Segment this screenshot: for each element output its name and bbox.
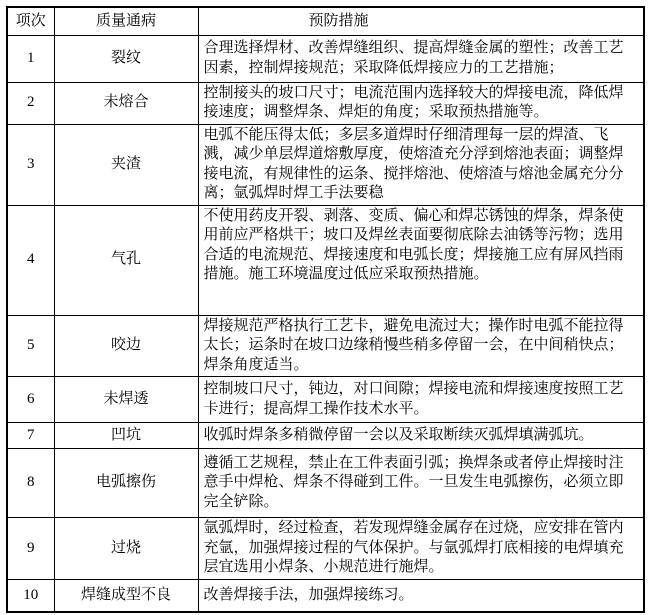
table-row: 1 裂纹 合理选择焊材、改善焊缝组织、提高焊缝金属的塑性；改善工艺因素，控制焊接… xyxy=(7,35,644,82)
item-no-cell: 3 xyxy=(7,124,54,205)
defect-cell: 电弧擦伤 xyxy=(54,449,198,518)
item-no-cell: 7 xyxy=(7,423,54,449)
item-no-cell: 8 xyxy=(7,449,54,518)
table-row: 5 咬边 焊接规范严格执行工艺卡，避免电流过大；操作时电弧不能拉得太长；运条时在… xyxy=(7,315,644,377)
measure-cell: 焊接规范严格执行工艺卡，避免电流过大；操作时电弧不能拉得太长；运条时在坡口边缘稍… xyxy=(198,315,644,377)
item-no-cell: 4 xyxy=(7,205,54,315)
measure-cell: 氩弧焊时，经过检查，若发现焊缝金属存在过烧，应安排在管内充氩，加强焊接过程的气体… xyxy=(198,518,644,580)
item-no-cell: 6 xyxy=(7,377,54,423)
defect-cell: 凹坑 xyxy=(54,423,198,449)
item-no-cell: 2 xyxy=(7,82,54,124)
table-row: 8 电弧擦伤 遵循工艺规程，禁止在工件表面引弧；换焊条或者停止焊接时注意手中焊枪… xyxy=(7,449,644,518)
measure-cell: 控制坡口尺寸，钝边，对口间隙；焊接电流和焊接速度按照工艺卡进行；提高焊工操作技术… xyxy=(198,377,644,423)
item-no-cell: 5 xyxy=(7,315,54,377)
measure-cell: 不使用药皮开裂、剥落、变质、偏心和焊芯锈蚀的焊条，焊条使用前应严格烘干；坡口及焊… xyxy=(198,205,644,315)
defect-cell: 未焊透 xyxy=(54,377,198,423)
defect-cell: 未熔合 xyxy=(54,82,198,124)
table-row: 9 过烧 氩弧焊时，经过检查，若发现焊缝金属存在过烧，应安排在管内充氩，加强焊接… xyxy=(7,518,644,580)
item-no-cell: 1 xyxy=(7,35,54,82)
measure-cell: 遵循工艺规程，禁止在工件表面引弧；换焊条或者停止焊接时注意手中焊枪、焊条不得碰到… xyxy=(198,449,644,518)
table-row: 7 凹坑 收弧时焊条多稍微停留一会以及采取断续灭弧焊填满弧坑。 xyxy=(7,423,644,449)
measure-cell: 改善焊接手法，加强焊接练习。 xyxy=(198,579,644,612)
table-row: 10 焊缝成型不良 改善焊接手法，加强焊接练习。 xyxy=(7,579,644,612)
column-header-item-no: 项次 xyxy=(7,7,54,35)
defect-prevention-table: 项次 质量通病 预防措施 1 裂纹 合理选择焊材、改善焊缝组织、提高焊缝金属的塑… xyxy=(6,6,645,613)
table-row: 6 未焊透 控制坡口尺寸，钝边，对口间隙；焊接电流和焊接速度按照工艺卡进行；提高… xyxy=(7,377,644,423)
table-row: 3 夹渣 电弧不能压得太低；多层多道焊时仔细清理每一层的焊渣、飞溅，减少单层焊道… xyxy=(7,124,644,205)
table-row: 4 气孔 不使用药皮开裂、剥落、变质、偏心和焊芯锈蚀的焊条，焊条使用前应严格烘干… xyxy=(7,205,644,315)
measure-cell: 电弧不能压得太低；多层多道焊时仔细清理每一层的焊渣、飞溅，减少单层焊道熔敷厚度，… xyxy=(198,124,644,205)
table-header-row: 项次 质量通病 预防措施 xyxy=(7,7,644,35)
column-header-measure: 预防措施 xyxy=(198,7,644,35)
measure-cell: 控制接头的坡口尺寸；电流范围内选择较大的焊接电流，降低焊接速度；调整焊条、焊炬的… xyxy=(198,82,644,124)
defect-cell: 咬边 xyxy=(54,315,198,377)
defect-cell: 夹渣 xyxy=(54,124,198,205)
measure-cell: 收弧时焊条多稍微停留一会以及采取断续灭弧焊填满弧坑。 xyxy=(198,423,644,449)
item-no-cell: 10 xyxy=(7,579,54,612)
item-no-cell: 9 xyxy=(7,518,54,580)
column-header-defect: 质量通病 xyxy=(54,7,198,35)
defect-cell: 焊缝成型不良 xyxy=(54,579,198,612)
defect-cell: 气孔 xyxy=(54,205,198,315)
defect-cell: 过烧 xyxy=(54,518,198,580)
defect-cell: 裂纹 xyxy=(54,35,198,82)
table-row: 2 未熔合 控制接头的坡口尺寸；电流范围内选择较大的焊接电流，降低焊接速度；调整… xyxy=(7,82,644,124)
measure-cell: 合理选择焊材、改善焊缝组织、提高焊缝金属的塑性；改善工艺因素，控制焊接规范；采取… xyxy=(198,35,644,82)
